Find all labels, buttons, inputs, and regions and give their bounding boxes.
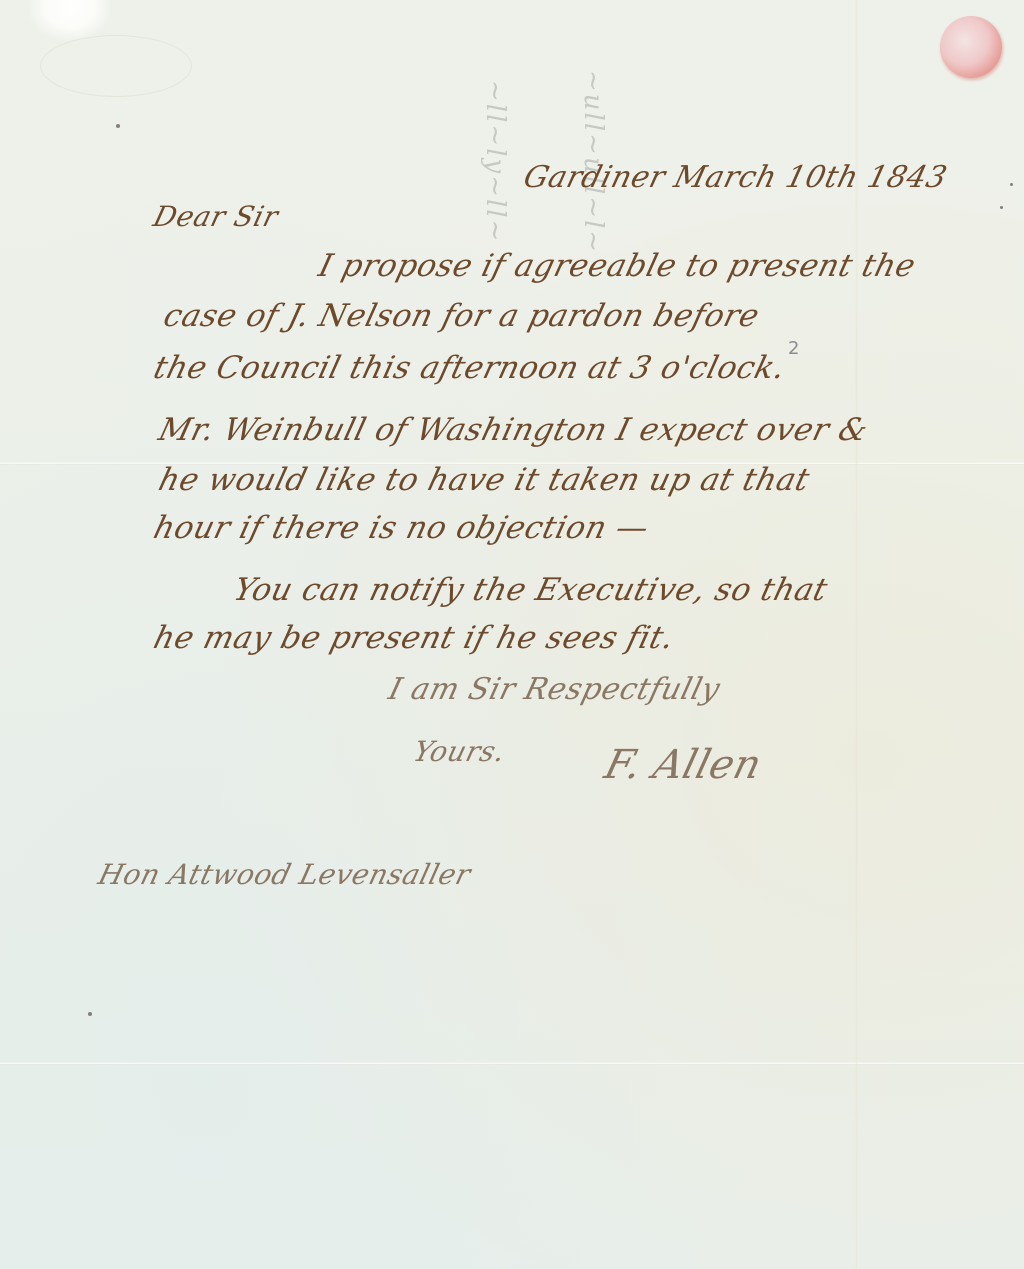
body-line: he may be present if he sees fit. <box>150 620 678 656</box>
body-line: Mr. Weinbull of Washington I expect over… <box>155 412 872 448</box>
ink-speck <box>1010 183 1013 186</box>
body-line: the Council this afternoon at 3 o'clock. <box>150 350 789 386</box>
letter-page: ~ll~ly~ll~ ~ull~ull~l~ Gardiner March 10… <box>0 0 1024 1269</box>
body-line: hour if there is no objection — <box>150 510 653 546</box>
salutation: Dear Sir <box>150 200 282 233</box>
addressee: Hon Attwood Levensaller <box>95 858 474 891</box>
body-line: he would like to have it taken up at tha… <box>155 462 813 498</box>
body-line: You can notify the Executive, so that <box>230 572 831 608</box>
body-line: I propose if agreeable to present the <box>315 248 919 284</box>
ink-speck <box>116 124 120 128</box>
closing: I am Sir Respectfully <box>385 672 724 707</box>
red-wax-seal <box>940 16 1002 78</box>
ink-speck <box>88 1012 92 1016</box>
fold-line-horizontal <box>0 1062 1024 1065</box>
torn-corner <box>30 0 110 40</box>
pencil-annotation: 2 <box>788 338 799 359</box>
signature: F. Allen <box>600 742 766 788</box>
ink-speck <box>1000 206 1003 209</box>
bleed-through-marks: ~ll~ly~ll~ <box>480 80 510 243</box>
dateline: Gardiner March 10th 1843 <box>520 160 951 195</box>
closing-yours: Yours. <box>410 735 509 768</box>
faint-stamp-mark <box>40 35 192 97</box>
body-line: case of J. Nelson for a pardon before <box>160 298 763 334</box>
